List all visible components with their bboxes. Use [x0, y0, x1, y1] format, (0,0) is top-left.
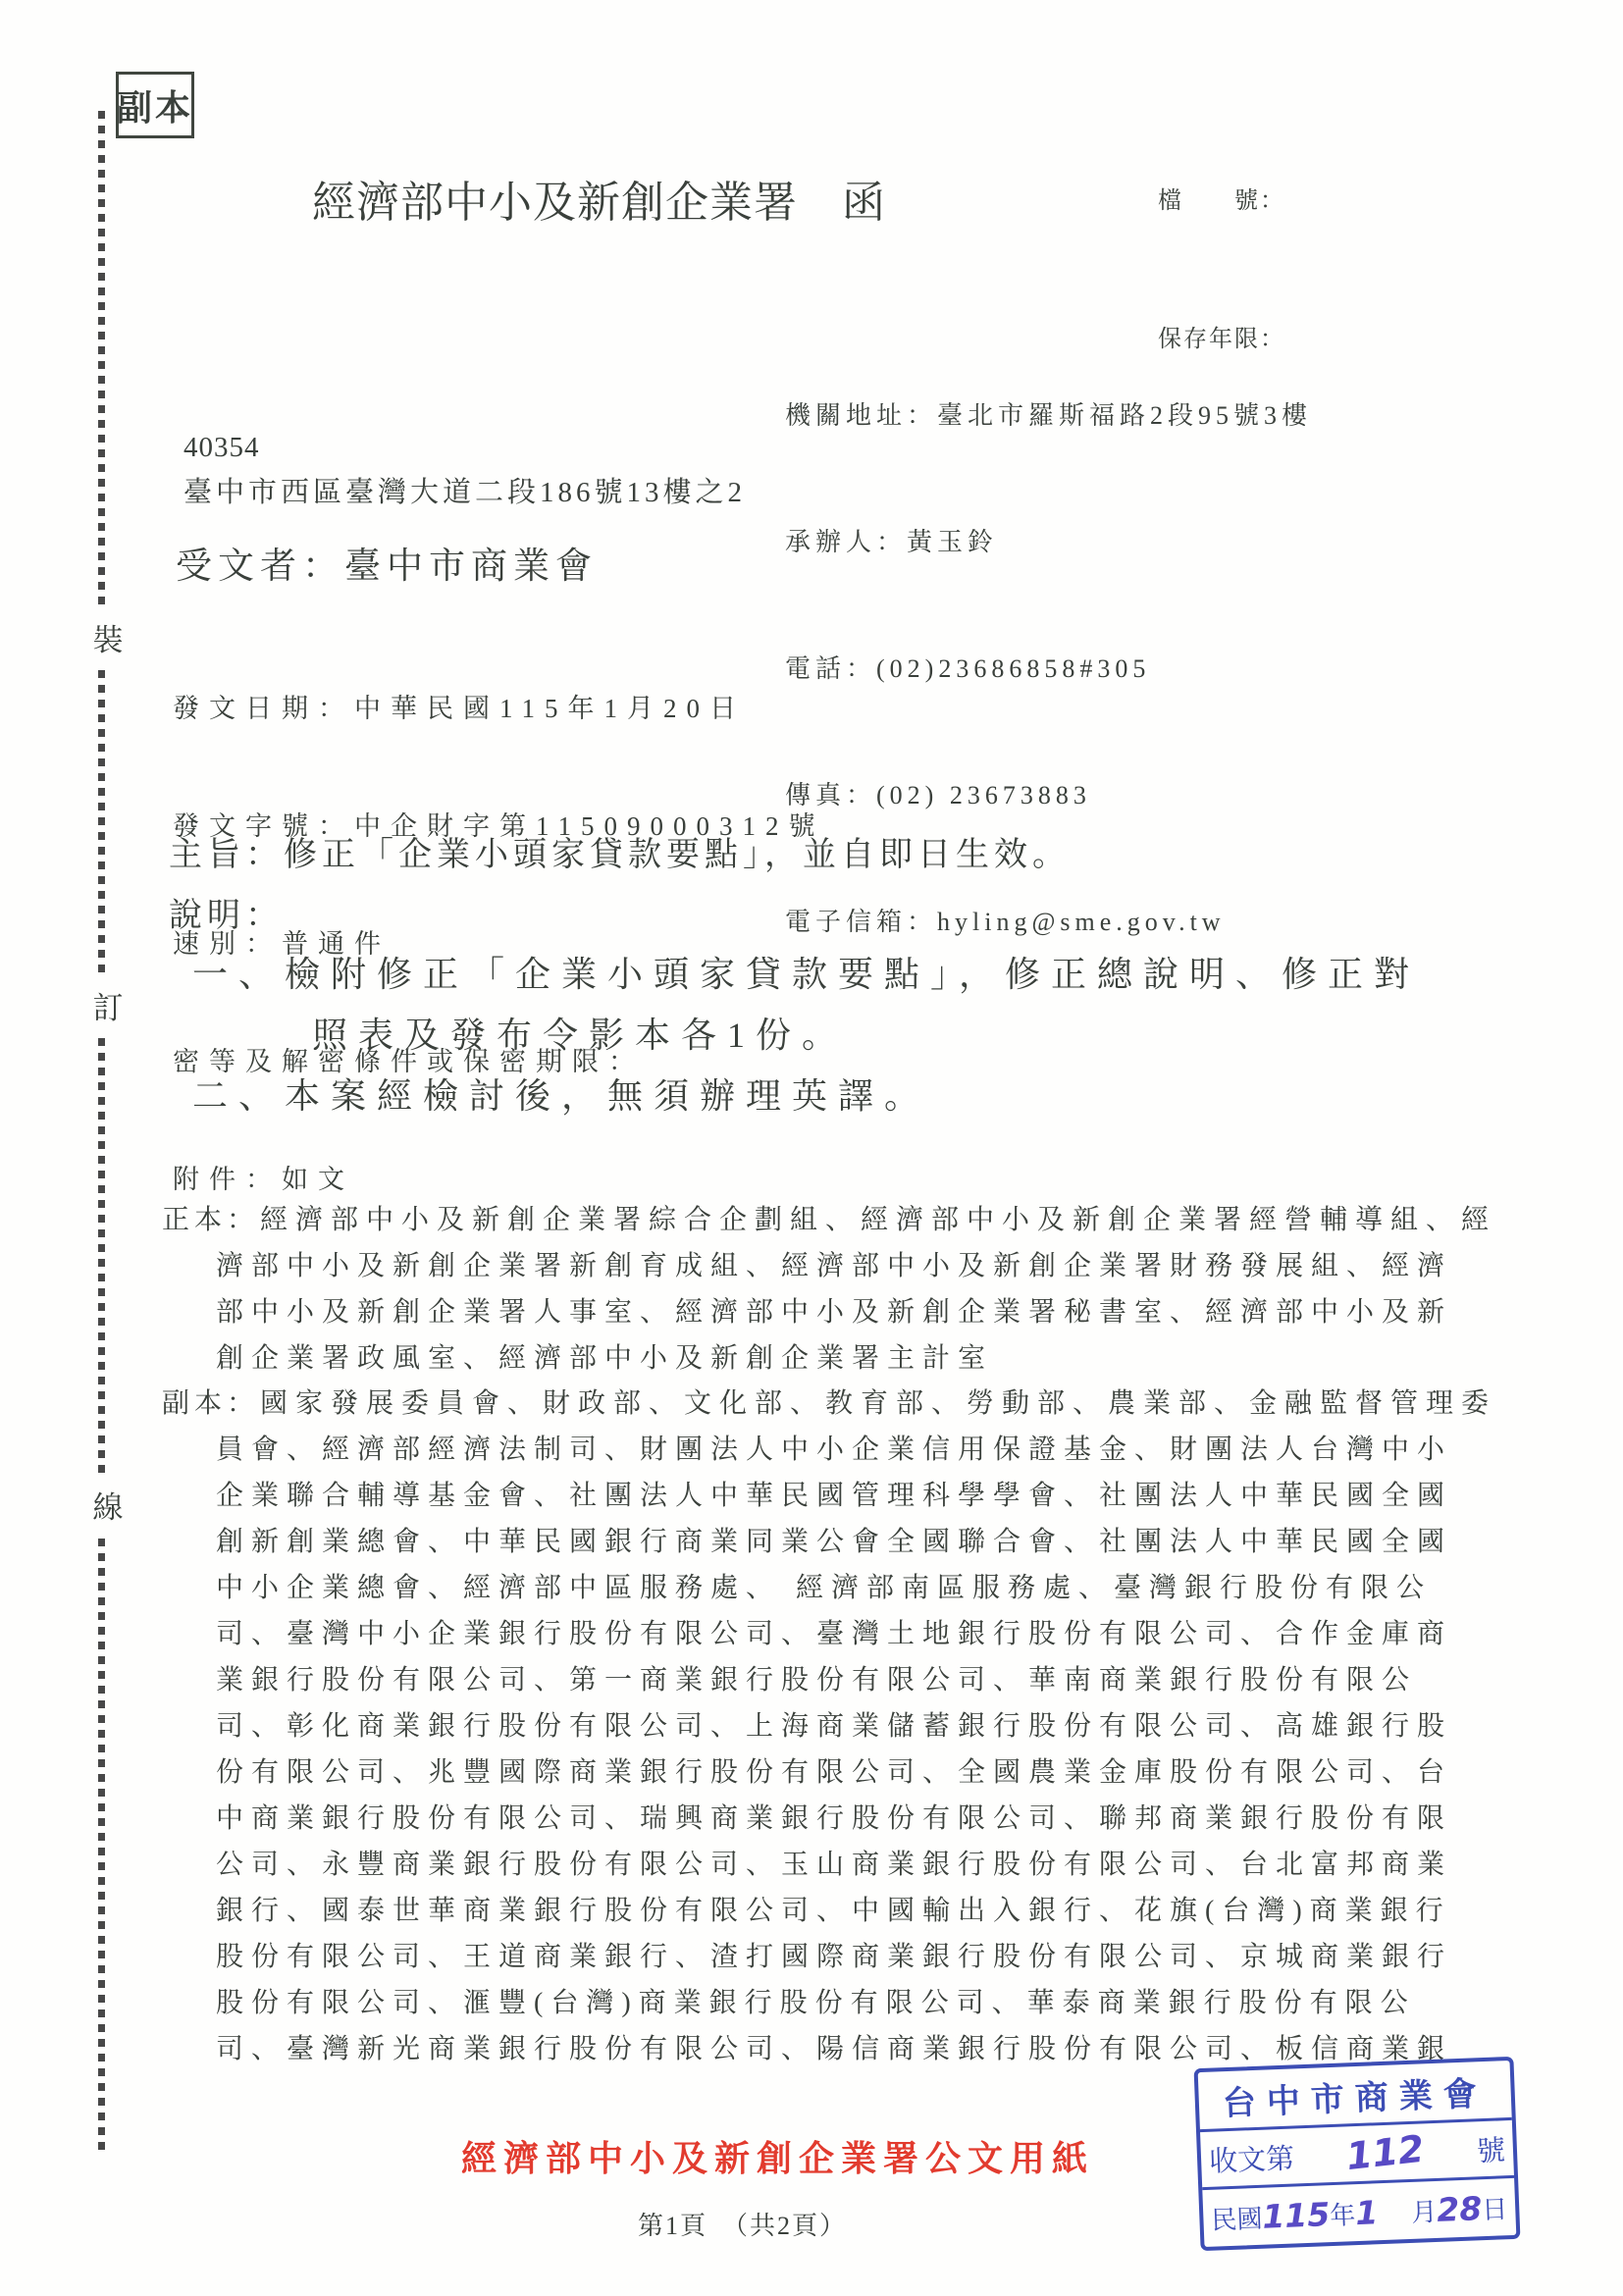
recipient-zip: 40354	[183, 432, 260, 464]
explanation-item-2-line-1: 二、本案經檢討後，無須辦理英譯。	[192, 1069, 930, 1119]
receipt-stamp-date-row: 民國 115 年 1 月 28 日	[1202, 2178, 1516, 2247]
document-meta-block: 發文日期：中華民國115年1月20日 發文字號：中企財字第11509000312…	[173, 610, 825, 1278]
carbon-copies-line: 員會、經濟部經濟法制司、財團法人中小企業信用保證基金、財團法人台灣中小	[162, 1427, 1496, 1473]
attachment-note: 附件：如文	[173, 1160, 825, 1199]
carbon-copies-block: 副本： 國家發展委員會、財政部、文化部、教育部、勞動部、農業部、金融監督管理委員…	[162, 1381, 1496, 2072]
date-year-handwritten: 115	[1262, 2198, 1331, 2233]
date-month-unit: 月	[1411, 2191, 1438, 2228]
explanation-item-1-line-2: 照表及發布令影本各1份。	[312, 1008, 848, 1058]
original-copies-label: 正本：	[162, 1197, 259, 1243]
copy-stamp-box: 副本	[116, 72, 194, 138]
carbon-copies-line: 公司、永豐商業銀行股份有限公司、玉山商業銀行股份有限公司、台北富邦商業	[162, 1842, 1496, 1888]
explanation-label: 說明：	[169, 888, 284, 936]
date-day-unit: 日	[1481, 2189, 1507, 2226]
receipt-stamp: 台中市商業會 收文第 112 號 民國 115 年 1 月 28 日	[1194, 2057, 1521, 2251]
carbon-copies-line: 份有限公司、兆豐國際商業銀行股份有限公司、全國農業金庫股份有限公司、台	[162, 1749, 1496, 1796]
sender-phone: 電話：(02)23686858#305	[785, 648, 1312, 690]
receipt-number-handwritten: 112	[1344, 2127, 1427, 2178]
recipient-address: 臺中市西區臺灣大道二段186號13樓之2	[183, 470, 746, 510]
sender-email: 電子信箱：hyling@sme.gov.tw	[785, 901, 1312, 943]
official-letter-page: 副本 檔 號： 保存年限： 經濟部中小及新創企業署 函 機關地址：臺北市羅斯福路…	[0, 0, 1623, 2296]
original-copies-block: 正本： 經濟部中小及新創企業署綜合企劃組、經濟部中小及新創企業署經營輔導組、經濟…	[162, 1197, 1496, 1382]
sender-info-block: 機關地址：臺北市羅斯福路2段95號3樓 承辦人：黃玉鈴 電話：(02)23686…	[785, 310, 1312, 1027]
issue-date: 發文日期：中華民國115年1月20日	[173, 689, 825, 728]
receipt-label: 收文第	[1208, 2136, 1295, 2179]
carbon-copies-line: 銀行、國泰世華商業銀行股份有限公司、中國輸出入銀行、花旗(台灣)商業銀行	[162, 1888, 1496, 1934]
carbon-copies-line: 司、彰化商業銀行股份有限公司、上海商業儲蓄銀行股份有限公司、高雄銀行股	[162, 1703, 1496, 1749]
carbon-copies-line: 創新創業總會、中華民國銀行商業同業公會全國聯合會、社團法人中華民國全國	[162, 1519, 1496, 1565]
file-number-label: 檔 號：	[1158, 179, 1285, 225]
date-era: 民國	[1211, 2198, 1263, 2236]
carbon-copies-line: 股份有限公司、王道商業銀行、渣打國際商業銀行股份有限公司、京城商業銀行	[162, 1934, 1496, 1980]
carbon-copies-line: 中小企業總會、經濟部中區服務處、 經濟部南區服務處、臺灣銀行股份有限公	[162, 1565, 1496, 1611]
original-copies-line: 經濟部中小及新創企業署綜合企劃組、經濟部中小及新創企業署經營輔導組、經	[162, 1197, 1496, 1243]
page-number: 第1頁 （共2頁）	[638, 2206, 847, 2242]
carbon-copies-line: 股份有限公司、滙豐(台灣)商業銀行股份有限公司、華泰商業銀行股份有限公	[162, 1980, 1496, 2026]
binding-mark-zhuang: 裝	[86, 606, 130, 668]
sender-fax: 傳真：(02) 23673883	[785, 774, 1312, 816]
date-year-unit: 年	[1330, 2195, 1356, 2232]
binding-dotted-line	[98, 111, 105, 2150]
carbon-copies-line: 司、臺灣中小企業銀行股份有限公司、臺灣土地銀行股份有限公司、合作金庫商	[162, 1611, 1496, 1657]
date-month-handwritten: 1	[1355, 2196, 1379, 2229]
sender-address: 機關地址：臺北市羅斯福路2段95號3樓	[785, 394, 1312, 437]
carbon-copies-line: 業銀行股份有限公司、第一商業銀行股份有限公司、華南商業銀行股份有限公	[162, 1657, 1496, 1703]
carbon-copies-line: 中商業銀行股份有限公司、瑞興商業銀行股份有限公司、聯邦商業銀行股份有限	[162, 1796, 1496, 1842]
binding-mark-ding: 訂	[86, 974, 130, 1036]
official-paper-name: 經濟部中小及新創企業署公文用紙	[461, 2131, 1094, 2181]
original-copies-line: 部中小及新創企業署人事室、經濟部中小及新創企業署秘書室、經濟部中小及新	[162, 1289, 1496, 1335]
carbon-copies-label: 副本：	[162, 1381, 259, 1427]
explanation-item-1-line-1: 一、檢附修正「企業小頭家貸款要點」，修正總說明、修正對	[192, 947, 1420, 997]
date-day-handwritten: 28	[1437, 2192, 1483, 2226]
original-copies-line: 濟部中小及新創企業署新創育成組、經濟部中小及新創企業署財務發展組、經濟	[162, 1243, 1496, 1289]
receipt-unit: 號	[1476, 2128, 1506, 2169]
sender-contact-person: 承辦人：黃玉鈴	[785, 521, 1312, 563]
subject-line: 主旨：修正「企業小頭家貸款要點」，並自即日生效。	[169, 827, 1071, 875]
binding-mark-xian: 線	[86, 1474, 130, 1536]
copy-stamp-label: 副本	[117, 80, 193, 130]
recipient-line: 受文者：臺中市商業會	[176, 536, 598, 589]
carbon-copies-line: 企業聯合輔導基金會、社團法人中華民國管理科學學會、社團法人中華民國全國	[162, 1473, 1496, 1519]
document-title: 經濟部中小及新創企業署 函	[312, 167, 886, 230]
carbon-copies-line: 國家發展委員會、財政部、文化部、教育部、勞動部、農業部、金融監督管理委	[162, 1381, 1496, 1427]
original-copies-line: 創企業署政風室、經濟部中小及新創企業署主計室	[162, 1335, 1496, 1382]
